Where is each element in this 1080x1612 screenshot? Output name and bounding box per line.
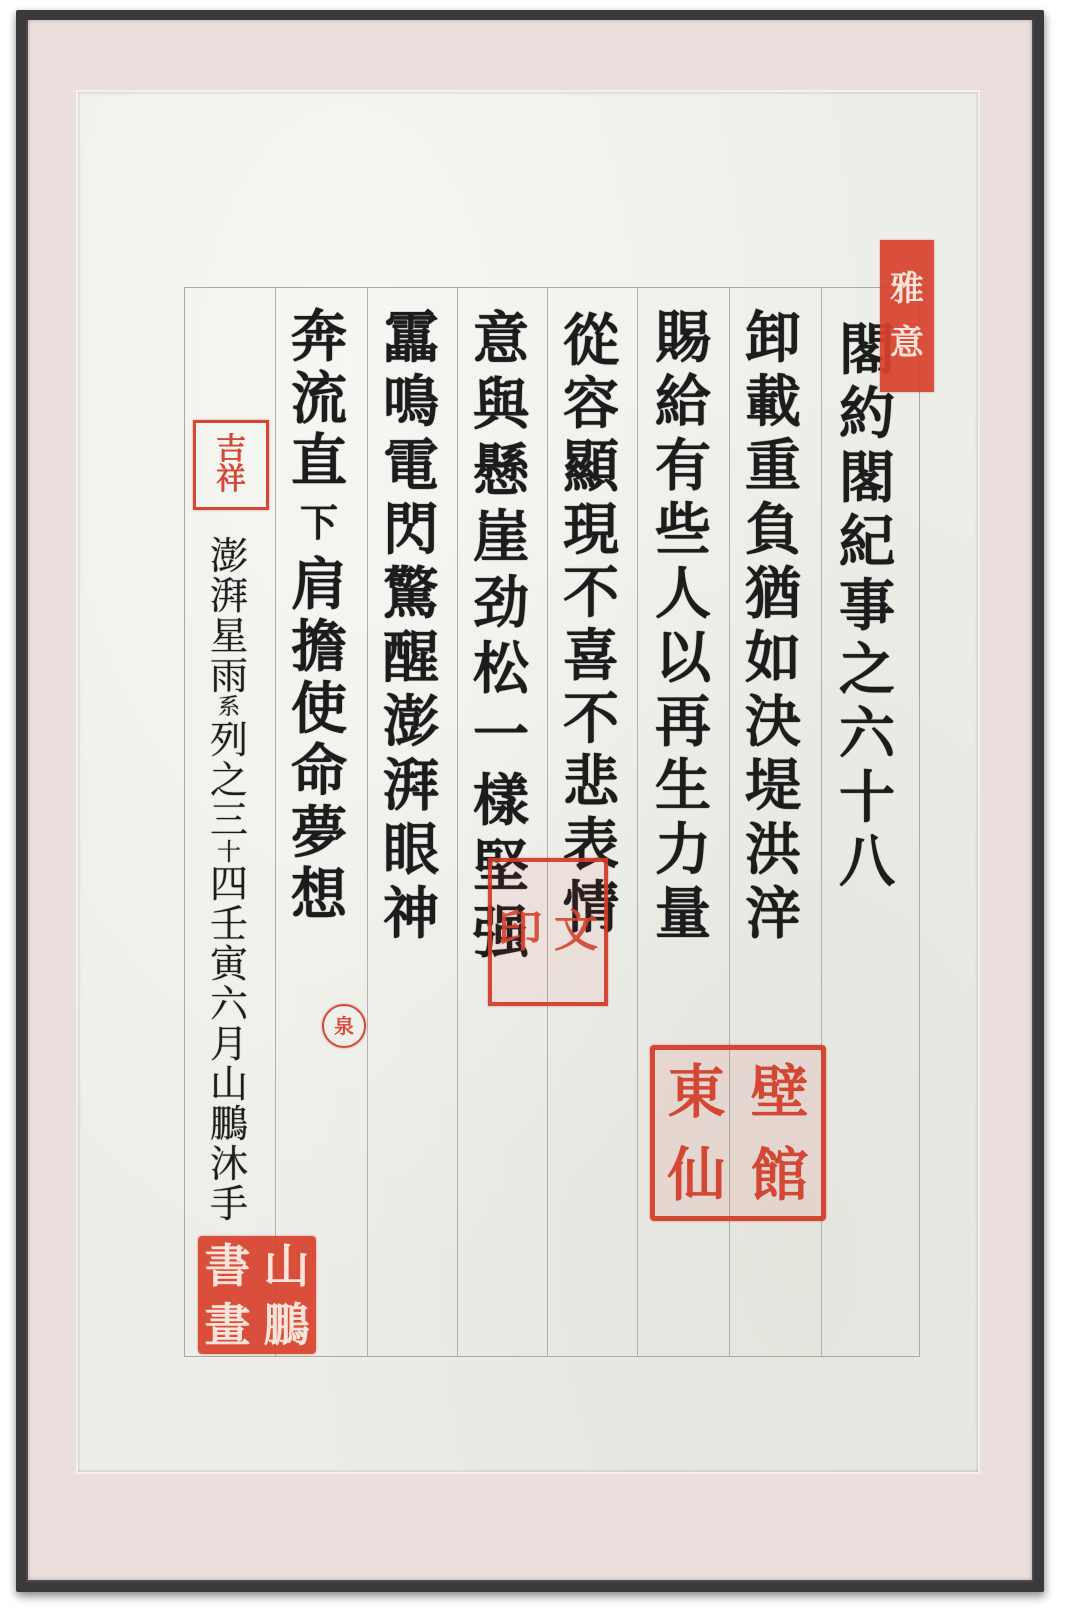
char: 神: [383, 882, 439, 946]
char: 不: [563, 562, 619, 625]
char: 生: [655, 754, 711, 818]
char: 八: [839, 830, 895, 894]
char: 有: [655, 434, 711, 498]
char: 湃: [210, 576, 248, 616]
char: 手: [210, 1184, 248, 1224]
char: 如: [745, 626, 801, 690]
seal-top-right: 雅 意: [880, 240, 934, 392]
char: 之: [210, 760, 248, 800]
char: 載: [745, 370, 801, 434]
char: 列: [210, 720, 248, 760]
text-column-1: 閣 約 閣 紀 事 之 六 十 八: [822, 318, 912, 894]
char: 力: [655, 818, 711, 882]
char: 十: [839, 766, 895, 830]
char: 人: [655, 562, 711, 626]
text-column-6: 靁 鳴 電 閃 驚 醒 澎 湃 眼 神: [366, 306, 456, 946]
char: 三: [210, 800, 248, 840]
char: 沐: [210, 1144, 248, 1184]
char: 懸: [473, 438, 529, 504]
char: 松: [473, 636, 529, 702]
char: 系: [218, 696, 240, 720]
char: 重: [745, 434, 801, 498]
char: 擔: [291, 616, 347, 678]
text-column-3: 賜 給 有 些 人 以 再 生 力 量: [638, 306, 728, 946]
char: 奔: [291, 306, 347, 368]
text-column-2: 卸 載 重 負 猶 如 決 堤 洪 㳯: [728, 306, 818, 946]
char: 與: [473, 372, 529, 438]
char: 夢: [291, 802, 347, 864]
char: 紀: [839, 510, 895, 574]
inscription-column: 澎 湃 星 雨 系 列 之 三 十 四 壬 寅 六 月 山 鵬 沐 手: [184, 536, 274, 1224]
char: 之: [839, 638, 895, 702]
char: 眼: [383, 818, 439, 882]
char: 從: [563, 310, 619, 373]
char: 洪: [745, 818, 801, 882]
char: 星: [210, 616, 248, 656]
char: 靁: [383, 306, 439, 370]
char: 容: [563, 373, 619, 436]
char: 澎: [210, 536, 248, 576]
char: 卸: [745, 306, 801, 370]
char: 湃: [383, 754, 439, 818]
char: 事: [839, 574, 895, 638]
char: 劲: [473, 570, 529, 636]
char: 山: [210, 1064, 248, 1104]
char: 不: [563, 688, 619, 751]
char: 肩: [291, 554, 347, 616]
char: 六: [839, 702, 895, 766]
char: 鳴: [383, 370, 439, 434]
char: 現: [563, 499, 619, 562]
seal-large-square: 東 壁 仙 館: [650, 1045, 826, 1221]
char: 命: [291, 740, 347, 802]
char: 四: [210, 864, 248, 904]
char: 量: [655, 882, 711, 946]
char: 寅: [210, 944, 248, 984]
seal-left-leading: 吉 祥: [193, 420, 269, 510]
char: 猶: [745, 562, 801, 626]
char: 十: [217, 840, 241, 864]
char: 㳯: [745, 882, 801, 946]
char: 使: [291, 678, 347, 740]
char: 一: [473, 702, 529, 768]
char: 雨: [210, 656, 248, 696]
char: 澎: [383, 690, 439, 754]
char: 直: [291, 430, 347, 492]
char: 以: [655, 626, 711, 690]
char: 賜: [655, 306, 711, 370]
char: 月: [210, 1024, 248, 1064]
text-column-7: 奔 流 直 下 肩 擔 使 命 夢 想: [274, 306, 364, 926]
seal-center: 印 文: [488, 858, 608, 1006]
char: 醒: [383, 626, 439, 690]
text-column-4: 從 容 顯 現 不 喜 不 悲 表 情: [546, 310, 636, 940]
char: 些: [655, 498, 711, 562]
char: 流: [291, 368, 347, 430]
char: 閃: [383, 498, 439, 562]
char: 想: [291, 864, 347, 926]
char: 閣: [839, 446, 895, 510]
char: 六: [210, 984, 248, 1024]
char: 意: [473, 306, 529, 372]
char: 悲: [563, 751, 619, 814]
char: 下: [300, 492, 338, 554]
char: 負: [745, 498, 801, 562]
char: 壬: [210, 904, 248, 944]
char: 堤: [745, 754, 801, 818]
seal-signature: 山 書 鵬 畫: [198, 1236, 316, 1354]
char: 驚: [383, 562, 439, 626]
char: 顯: [563, 436, 619, 499]
char: 喜: [563, 625, 619, 688]
char: 再: [655, 690, 711, 754]
char: 樣: [473, 768, 529, 834]
char: 電: [383, 434, 439, 498]
char: 給: [655, 370, 711, 434]
char: 決: [745, 690, 801, 754]
char: 崖: [473, 504, 529, 570]
char: 鵬: [210, 1104, 248, 1144]
seal-small-round: 泉: [322, 1004, 366, 1048]
